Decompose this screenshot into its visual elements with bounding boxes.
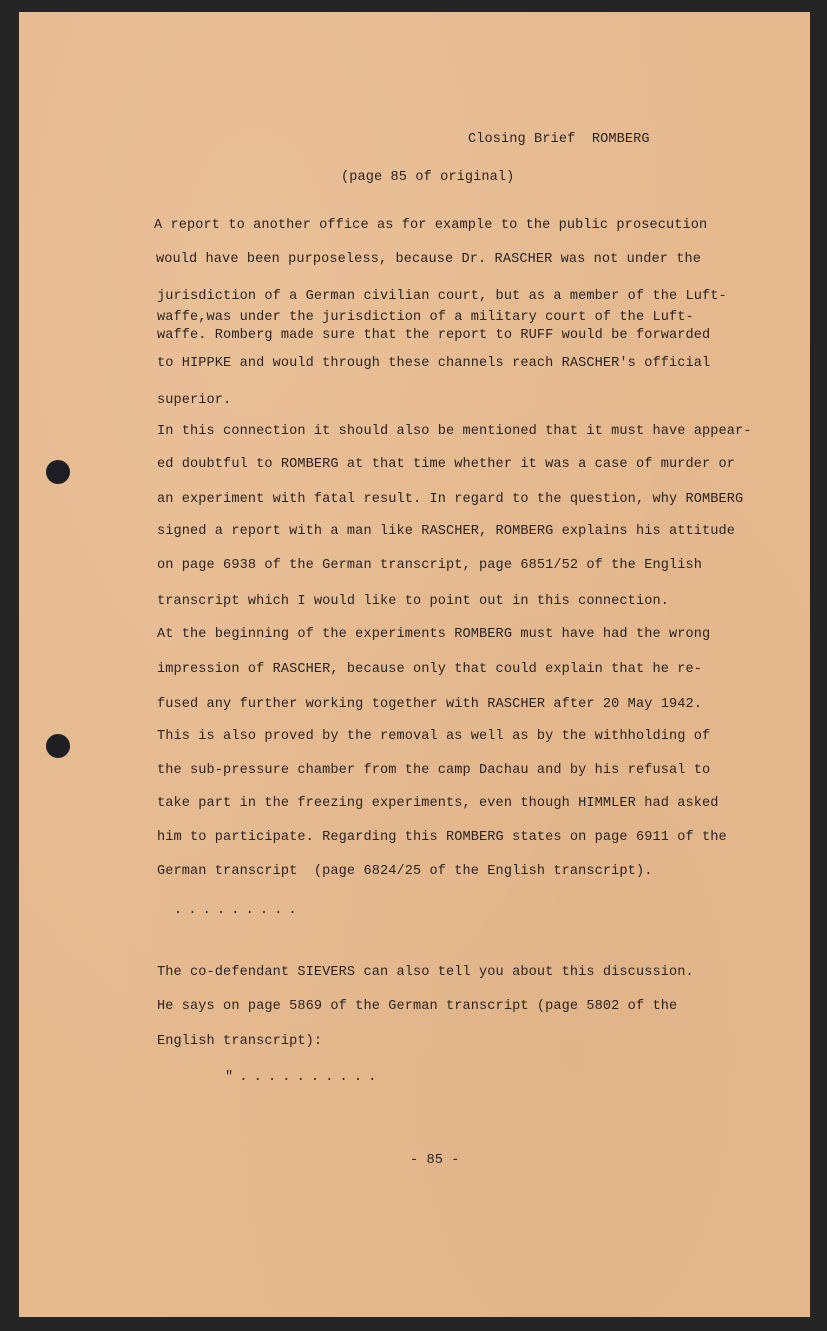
text-line: A report to another office as for exampl… bbox=[154, 218, 707, 233]
document-header-title: Closing Brief ROMBERG bbox=[468, 132, 650, 147]
text-line: fused any further working together with … bbox=[157, 697, 702, 712]
text-line: waffe. Romberg made sure that the report… bbox=[157, 328, 710, 343]
text-line: In this connection it should also be men… bbox=[157, 424, 752, 439]
text-line: English transcript): bbox=[157, 1034, 322, 1049]
page-number: - 85 - bbox=[410, 1153, 460, 1168]
punch-hole-top bbox=[46, 460, 70, 484]
text-line: He says on page 5869 of the German trans… bbox=[157, 999, 677, 1014]
quoted-ellipsis-line: " . . . . . . . . . . bbox=[225, 1070, 375, 1085]
text-line: The co-defendant SIEVERS can also tell y… bbox=[157, 965, 694, 980]
document-header-subtitle: (page 85 of original) bbox=[341, 170, 514, 185]
text-line: to HIPPKE and would through these channe… bbox=[157, 356, 710, 371]
punch-hole-bottom bbox=[46, 734, 70, 758]
text-line: ed doubtful to ROMBERG at that time whet… bbox=[157, 457, 735, 472]
ellipsis-line: . . . . . . . . . bbox=[174, 903, 296, 918]
text-line: take part in the freezing experiments, e… bbox=[157, 796, 719, 811]
text-line: This is also proved by the removal as we… bbox=[157, 729, 710, 744]
text-line: waffe,was under the jurisdiction of a mi… bbox=[157, 310, 694, 325]
text-line: impression of RASCHER, because only that… bbox=[157, 662, 702, 677]
text-line: on page 6938 of the German transcript, p… bbox=[157, 558, 702, 573]
text-line: German transcript (page 6824/25 of the E… bbox=[157, 864, 652, 879]
text-line: would have been purposeless, because Dr.… bbox=[156, 252, 701, 267]
text-line: the sub-pressure chamber from the camp D… bbox=[157, 763, 710, 778]
text-line: him to participate. Regarding this ROMBE… bbox=[157, 830, 727, 845]
text-line: jurisdiction of a German civilian court,… bbox=[157, 289, 727, 304]
text-line: transcript which I would like to point o… bbox=[157, 594, 669, 609]
body-text: A report to another office as for exampl… bbox=[0, 0, 17, 405]
text-line: an experiment with fatal result. In rega… bbox=[157, 492, 743, 507]
text-line: signed a report with a man like RASCHER,… bbox=[157, 524, 735, 539]
text-line: superior. bbox=[157, 393, 231, 408]
text-line: At the beginning of the experiments ROMB… bbox=[157, 627, 710, 642]
